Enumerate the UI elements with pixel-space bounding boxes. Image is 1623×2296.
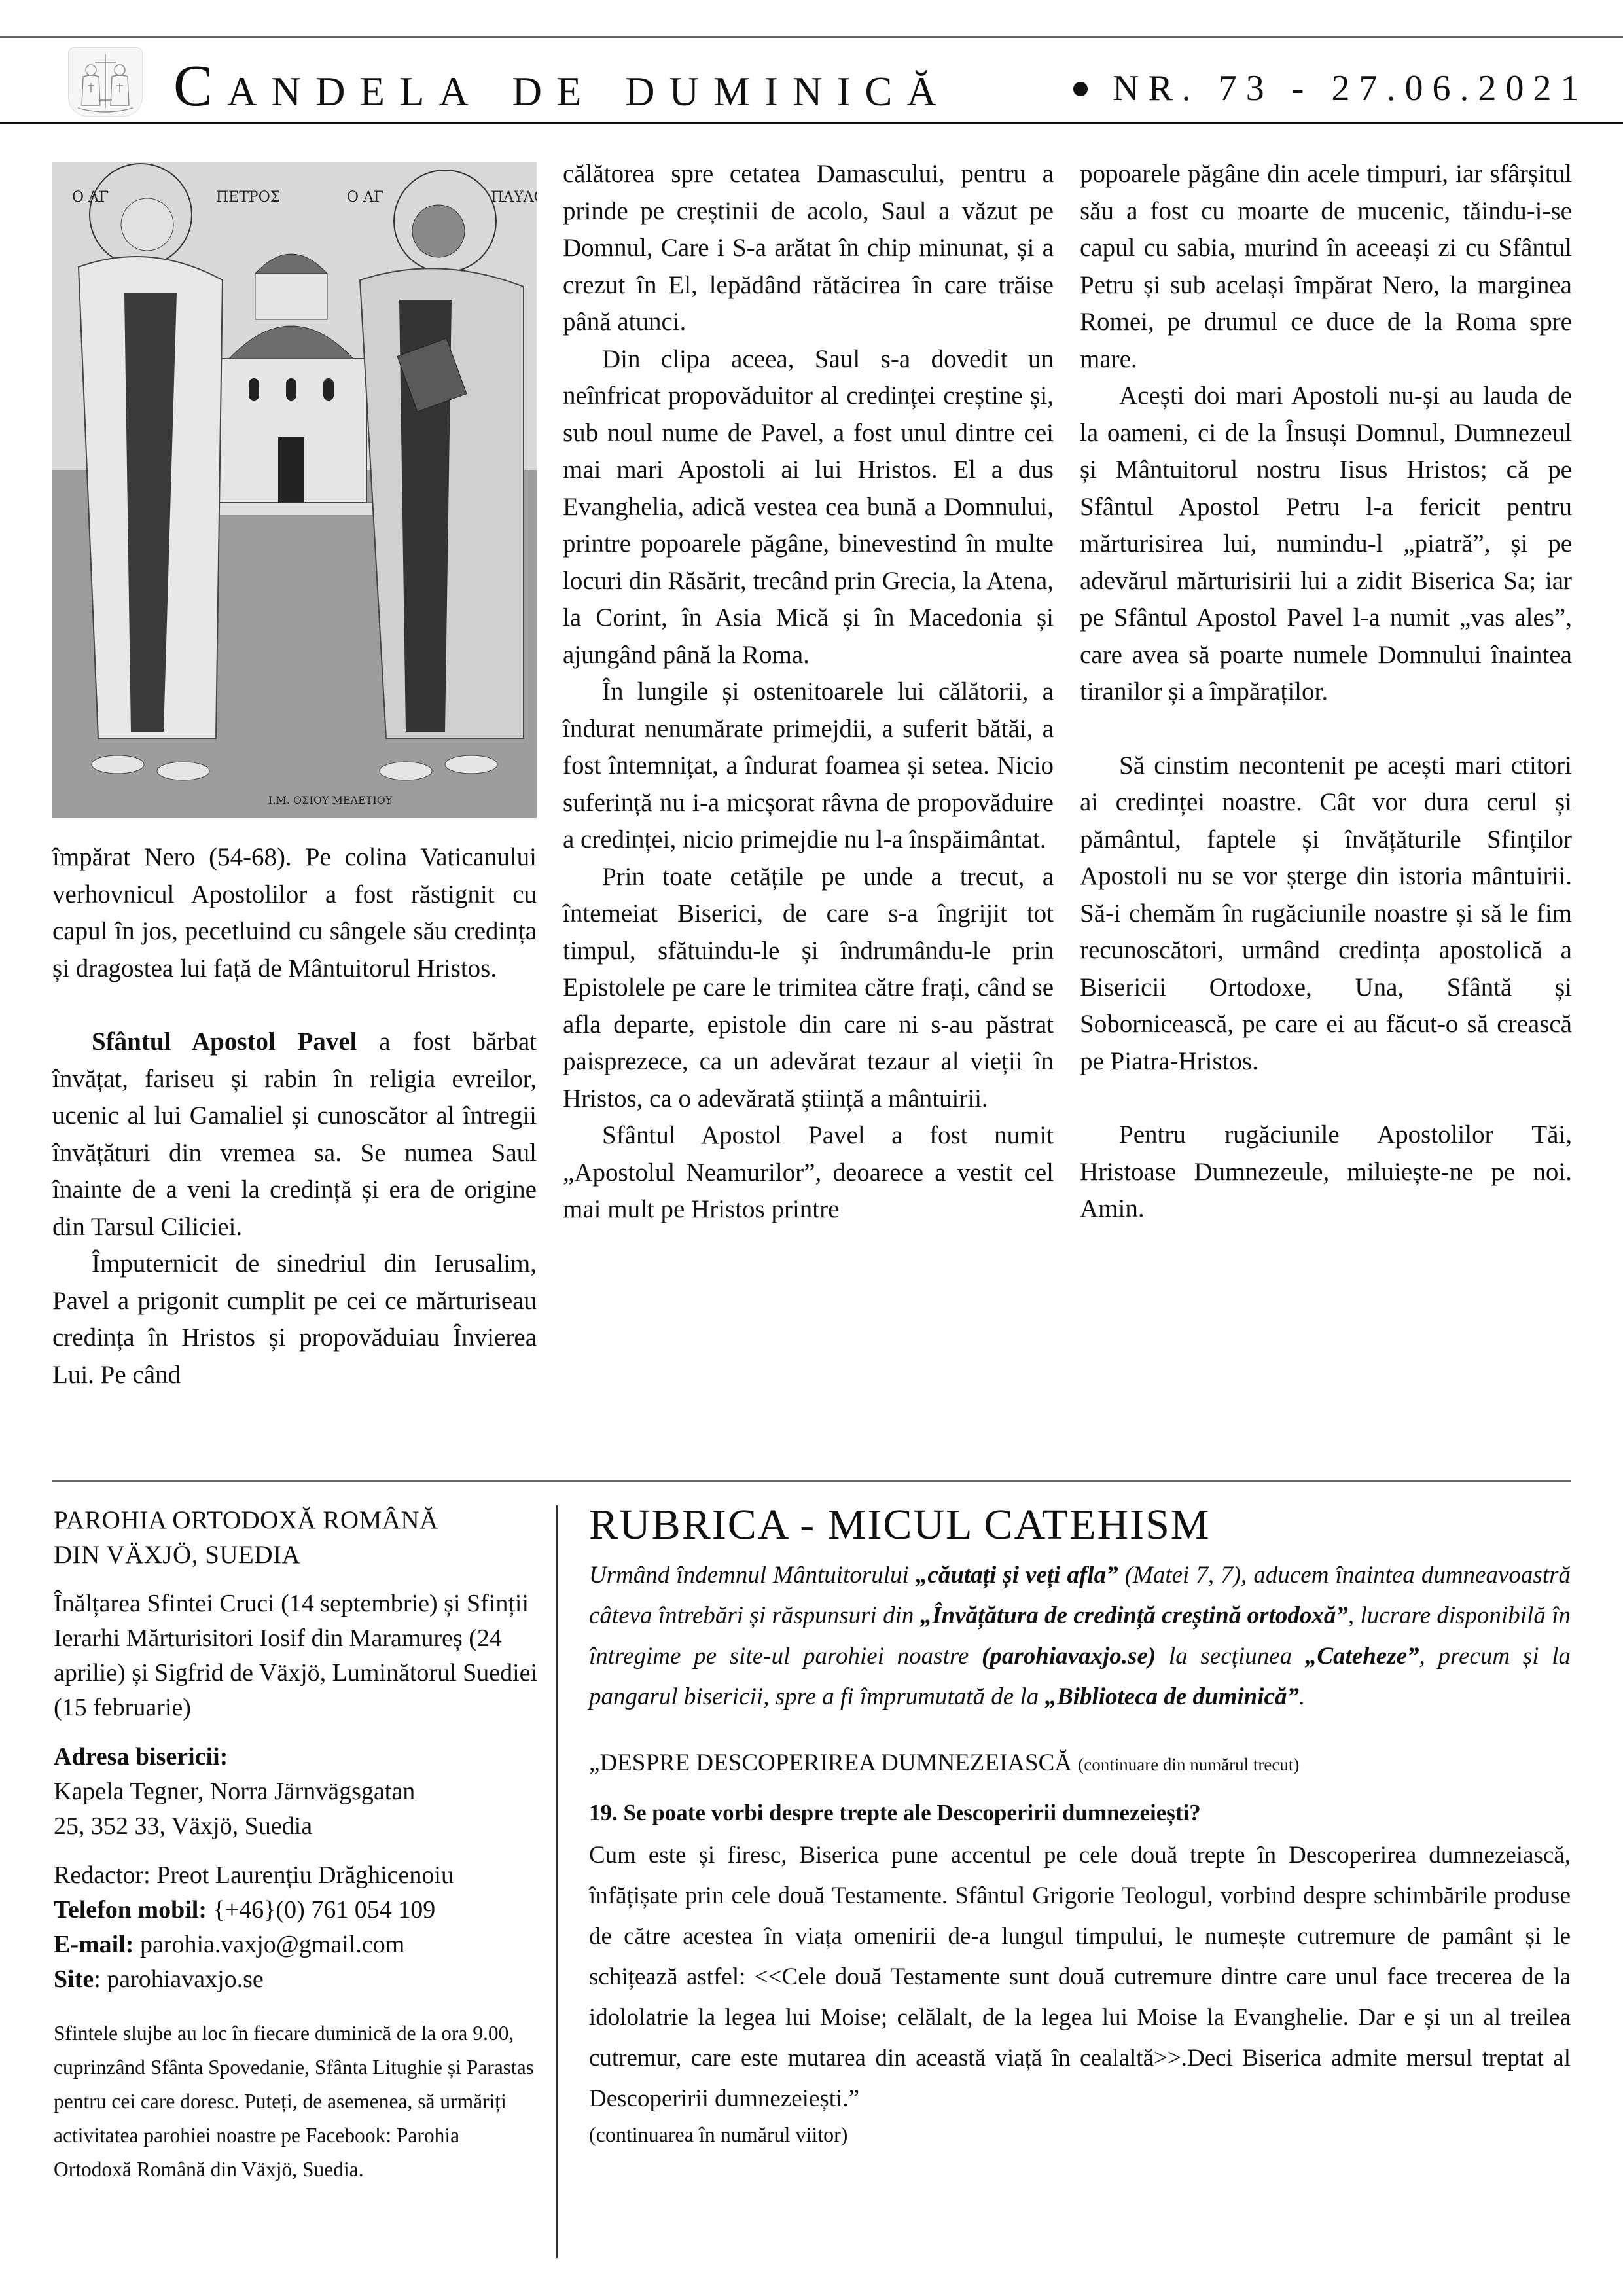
- address-line2: 25, 352 33, Växjö, Suedia: [54, 1809, 538, 1844]
- bullet-separator-icon: [1073, 82, 1088, 96]
- section-divider: [52, 1480, 1571, 1482]
- intro-text: .: [1299, 1683, 1305, 1710]
- article-paragraph: Sfântul Apostol Pavel a fost numit „Apos…: [563, 1117, 1054, 1229]
- article-paragraph: Acești doi mari Apostoli nu-și au lauda …: [1080, 378, 1572, 711]
- article-paragraph-text: a fost bărbat învățat, fariseu și rabin …: [52, 1028, 537, 1241]
- article-paragraph: Prin toate cetățile pe unde a trecut, a …: [563, 859, 1054, 1118]
- issue-info: NR. 73 - 27.06.2021: [1113, 62, 1588, 115]
- closing-prayer: Pentru rugăciunile Apostolilor Tăi, Hris…: [1080, 1117, 1572, 1228]
- phone-number[interactable]: {+46}(0) 761 054 109: [207, 1896, 435, 1924]
- site-link[interactable]: : parohiavaxjo.se: [94, 1965, 264, 1993]
- parish-patrons: Înălțarea Sfintei Cruci (14 septembrie) …: [54, 1587, 538, 1725]
- editor-line: Redactor: Preot Laurențiu Drăghicenoiu: [54, 1858, 538, 1893]
- issue-number: NR. 73: [1113, 68, 1274, 109]
- phone-label: Telefon mobil:: [54, 1896, 207, 1924]
- address-label-text: Adresa bisericii:: [54, 1743, 228, 1770]
- article-left-column: împărat Nero (54-68). Pe colina Vaticanu…: [52, 839, 537, 1393]
- services-note: Sfintele slujbe au loc în fiecare dumini…: [54, 2017, 538, 2187]
- address-line1: Kapela Tegner, Norra Järnvägsgatan: [54, 1774, 538, 1809]
- article-paragraph: Sfântul Apostol Pavel a fost bărbat învă…: [52, 1024, 537, 1246]
- subtitle-note: (continuare din numărul trecut): [1078, 1755, 1299, 1774]
- site-line: Site: parohiavaxjo.se: [54, 1962, 538, 1997]
- article-paragraph: împărat Nero (54-68). Pe colina Vaticanu…: [52, 839, 537, 987]
- article-paragraph: călătorea spre cetatea Damascului, pentr…: [563, 156, 1054, 341]
- intro-quote: „căutați și veți afla”: [916, 1562, 1118, 1588]
- catechism-section: RUBRICA - MICUL CATEHISM Urmând îndemnul…: [589, 1499, 1571, 2149]
- email-link[interactable]: parohia.vaxjo@gmail.com: [134, 1931, 404, 1958]
- catechism-question: 19. Se poate vorbi despre trepte ale Des…: [589, 1795, 1571, 1831]
- catechism-subtitle: „DESPRE DESCOPERIREA DUMNEZEIASCĂ (conti…: [589, 1744, 1571, 1784]
- article-bold-lead: Sfântul Apostol Pavel: [92, 1028, 357, 1056]
- email-label: E-mail:: [54, 1931, 134, 1958]
- continuation-note: (continuarea în numărul viitor): [589, 2119, 1571, 2149]
- article-right-column: popoarele păgâne din acele timpuri, iar …: [1080, 156, 1572, 1228]
- catechism-intro: Urmând îndemnul Mântuitorului „căutați ș…: [589, 1555, 1571, 1717]
- issue-separator: -: [1292, 68, 1313, 109]
- svg-text:Ι.Μ. ΟΣΙΟΥ ΜΕΛΕΤΙΟΥ: Ι.Μ. ΟΣΙΟΥ ΜΕΛΕΤΙΟΥ: [268, 794, 393, 806]
- svg-text:ΠΑΥΛΟΣ: ΠΑΥΛΟΣ: [491, 189, 537, 206]
- subtitle-text: „DESPRE DESCOPERIREA DUMNEZEIASCĂ: [589, 1749, 1072, 1776]
- article-paragraph: Să cinstim necontenit pe acești mari cti…: [1080, 747, 1572, 1081]
- article-paragraph: În lungile și ostenitoarele lui călători…: [563, 673, 1054, 859]
- issue-date: 27.06.2021: [1331, 68, 1588, 109]
- intro-text: Urmând îndemnul Mântuitorului: [589, 1562, 916, 1588]
- header-bottom-rule: [0, 122, 1623, 124]
- address-label: Adresa bisericii:: [54, 1740, 538, 1774]
- parish-info-box: PAROHIA ORTODOXĂ ROMÂNĂ DIN VÄXJÖ, SUEDI…: [54, 1503, 538, 2187]
- parish-name-line2: DIN VÄXJÖ, SUEDIA: [54, 1537, 538, 1572]
- saints-cross-emblem-icon: [68, 47, 143, 117]
- email-line: E-mail: parohia.vaxjo@gmail.com: [54, 1928, 538, 1962]
- intro-site-link[interactable]: (parohiavaxjo.se): [982, 1643, 1156, 1670]
- article-paragraph: Împuternicit de sinedriul din Ierusalim,…: [52, 1246, 537, 1393]
- svg-text:ΠΕΤΡΟΣ: ΠΕΤΡΟΣ: [216, 189, 280, 206]
- catechism-answer: Cum este și firesc, Biserica pune accent…: [589, 1835, 1571, 2119]
- svg-text:Ο ΑΓ: Ο ΑΓ: [347, 189, 383, 206]
- article-paragraph: popoarele păgâne din acele timpuri, iar …: [1080, 156, 1572, 378]
- header-top-rule: [0, 36, 1623, 38]
- phone-line: Telefon mobil: {+46}(0) 761 054 109: [54, 1893, 538, 1928]
- intro-book-title: „Învățătura de credință creștină ortodox…: [920, 1602, 1348, 1629]
- saints-peter-paul-icon-image: Ι.Μ. ΟΣΙΟΥ ΜΕΛΕΤΙΟΥ Ο ΑΓ ΠΕΤΡΟΣ Ο ΑΓ ΠΑΥ…: [52, 162, 537, 818]
- intro-library-name: „Biblioteca de duminică”: [1044, 1683, 1298, 1710]
- svg-text:Ο ΑΓ: Ο ΑΓ: [72, 189, 109, 206]
- column-divider: [556, 1505, 558, 2258]
- parish-name-line1: PAROHIA ORTODOXĂ ROMÂNĂ: [54, 1503, 538, 1537]
- article-middle-column: călătorea spre cetatea Damascului, pentr…: [563, 156, 1054, 1229]
- catechism-title: RUBRICA - MICUL CATEHISM: [589, 1499, 1571, 1551]
- newsletter-title: Candela de duminică: [173, 54, 951, 119]
- intro-section-name: „Cateheze”: [1305, 1643, 1419, 1670]
- article-paragraph: Din clipa aceea, Saul s-a dovedit un neî…: [563, 341, 1054, 674]
- intro-text: la secțiunea: [1156, 1643, 1305, 1670]
- site-label: Site: [54, 1965, 94, 1993]
